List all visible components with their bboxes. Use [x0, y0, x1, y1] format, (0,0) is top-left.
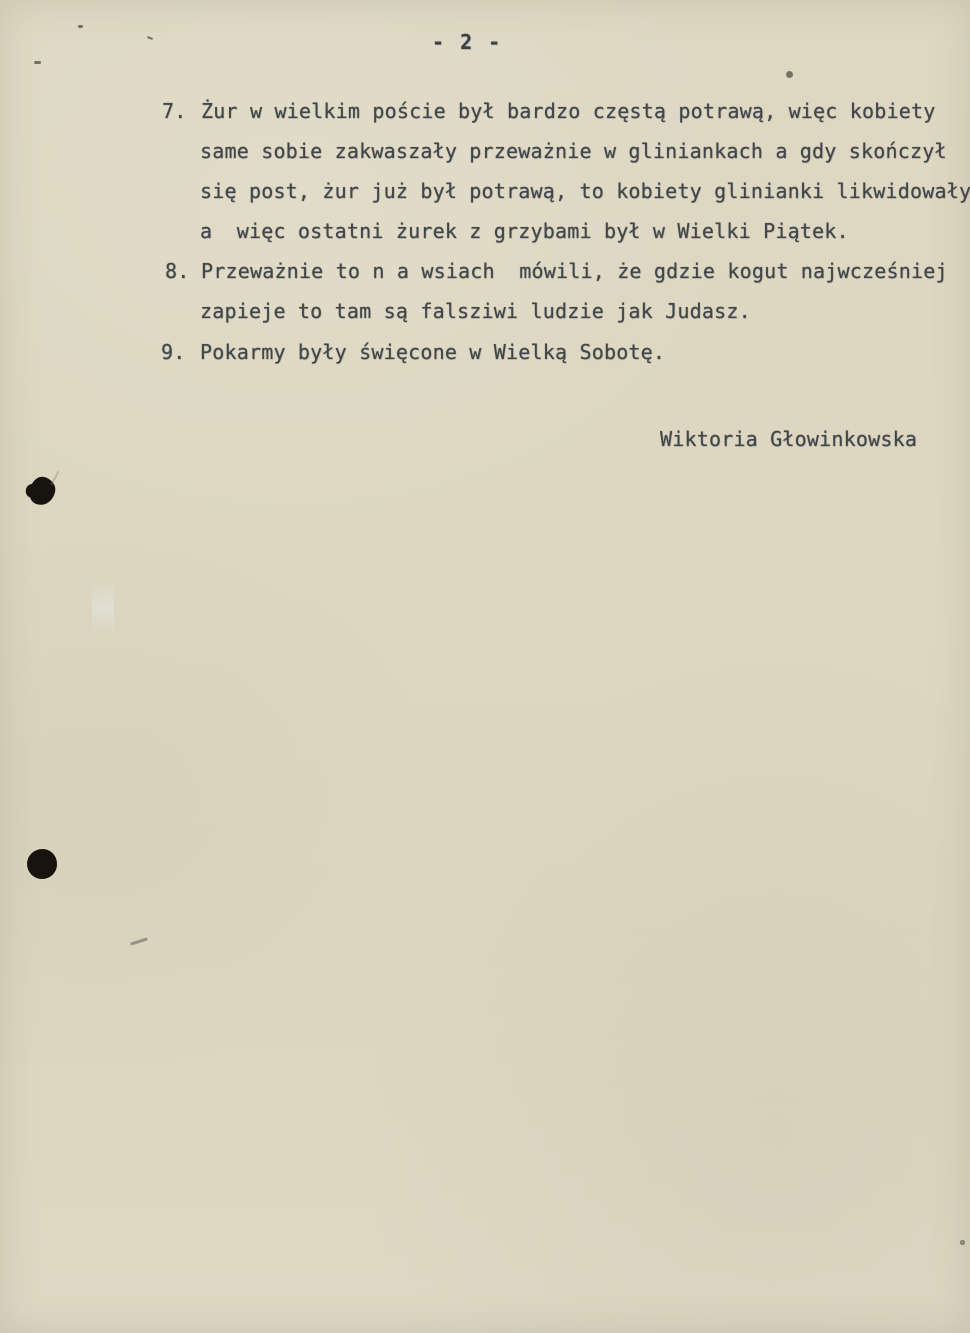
paper-speck: [34, 61, 41, 64]
paper-speck: [960, 1240, 965, 1245]
paper-speck: [147, 36, 153, 40]
typewritten-line: Pokarmy były święcone w Wielką Sobotę.: [200, 340, 665, 364]
typewritten-line: się post, żur już był potrawą, to kobiet…: [200, 179, 970, 203]
signature: Wiktoria Głowinkowska: [660, 427, 917, 451]
item-9-number: 9.: [161, 340, 185, 364]
page-number: - 2 -: [432, 30, 502, 54]
typewritten-line: Przeważnie to n a wsiach mówili, że gdzi…: [201, 259, 948, 283]
scanned-document-page: - 2 - 7. Żur w wielkim poście był bardzo…: [0, 0, 970, 1333]
ink-blot-icon: [27, 849, 57, 879]
typewritten-line: a więc ostatni żurek z grzybami był w Wi…: [200, 219, 849, 243]
paper-speck: [78, 25, 83, 28]
paper-speck: [786, 71, 793, 78]
pencil-mark: [50, 470, 59, 485]
typewritten-line: Żur w wielkim poście był bardzo częstą p…: [201, 99, 935, 123]
item-7-number: 7.: [162, 99, 186, 123]
typewritten-line: zapieje to tam są falsziwi ludzie jak Ju…: [200, 299, 751, 323]
pencil-mark: [130, 937, 148, 945]
item-8-number: 8.: [165, 259, 189, 283]
typewritten-line: same sobie zakwaszały przeważnie w glini…: [200, 139, 947, 163]
paper-streak: [92, 580, 114, 635]
